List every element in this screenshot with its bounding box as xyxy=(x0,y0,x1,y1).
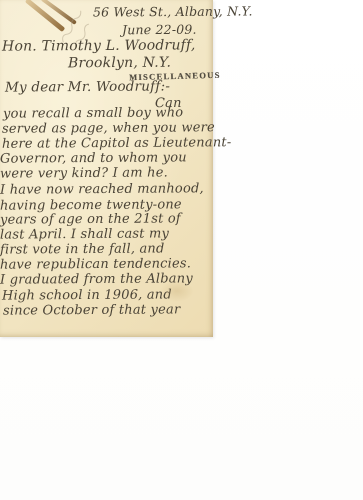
letter-paper: MISCELLANEOUS 56 West St., Albany, N.Y. … xyxy=(0,0,213,337)
letter-body-line: first vote in the fall, and xyxy=(0,241,165,257)
sender-address: 56 West St., Albany, N.Y. xyxy=(93,3,253,19)
salutation: My dear Mr. Woodruff:- xyxy=(5,78,170,95)
letter-body-line: were very kind? I am he. xyxy=(0,165,168,181)
letter-date: June 22-09. xyxy=(122,22,197,38)
letter-body-line: since October of that year xyxy=(3,302,180,318)
letter-body-line: here at the Capitol as Lieutenant- xyxy=(2,135,232,152)
letter-body-line: years of age on the 21st of xyxy=(0,211,181,227)
paper-stain xyxy=(160,280,194,302)
recipient-city: Brooklyn, N.Y. xyxy=(68,55,171,72)
recipient-name: Hon. Timothy L. Woodruff, xyxy=(2,37,196,54)
letter-body-line: last April. I shall cast my xyxy=(0,226,169,242)
letter-body-line: served as page, when you were xyxy=(2,120,215,136)
letter-body-line: High school in 1906, and xyxy=(2,287,172,303)
letter-body-line: I have now reached manhood, xyxy=(0,181,204,197)
letter-body-line: have republican tendencies. xyxy=(0,256,191,272)
scan-background: MISCELLANEOUS 56 West St., Albany, N.Y. … xyxy=(0,0,363,500)
crayon-mark-icon xyxy=(25,0,65,32)
letter-body-line: you recall a small boy who xyxy=(3,105,183,121)
letter-body-line: Governor, and to whom you xyxy=(0,150,187,166)
